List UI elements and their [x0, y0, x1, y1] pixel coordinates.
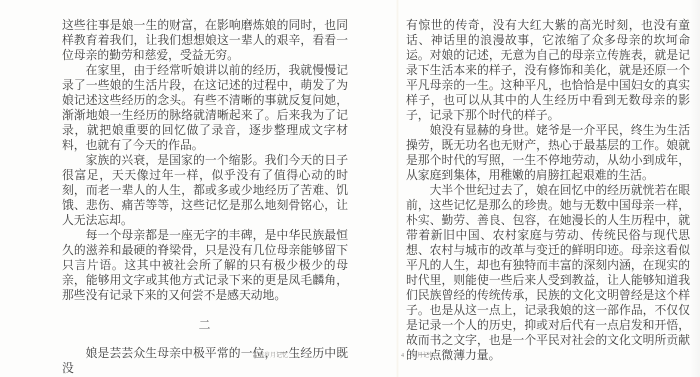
running-footer-left: 苦难岁月记忆3: [252, 352, 298, 360]
footer-title: 岁月记忆: [411, 353, 435, 359]
page-left-body: 这些往事是娘一生的财富，在影响磨炼娘的同时，也同样教育着我们，让我们想想娘这一辈…: [62, 18, 348, 376]
paragraph: 娘是芸芸众生母亲中极平常的一位，一生经历中既没: [62, 346, 348, 376]
paragraph: 家族的兴衰，是国家的一个缩影。我们今天的日子很富足，天天像过年一样，似乎没有了值…: [62, 153, 348, 228]
book-spread: 这些往事是娘一生的财富，在影响磨炼娘的同时，也同样教育着我们，让我们想想娘这一辈…: [0, 0, 700, 377]
paragraph: 娘没有显赫的身世。姥爷是一介平民，终生为生活操劳，既无功名也无财产，热心于最基层…: [406, 123, 690, 183]
paragraph: 每一个母亲都是一座无字的丰碑，是中华民族最恒久的滋养和最硬的脊梁骨，只是没有几位…: [62, 228, 348, 303]
paragraph: 这些往事是娘一生的财富，在影响磨炼娘的同时，也同样教育着我们，让我们想想娘这一辈…: [62, 18, 348, 63]
page-right-body: 有惊世的传奇，没有大红大紫的高光时刻，也没有童话、神话里的浪漫故事，它浓缩了众多…: [406, 18, 690, 363]
paragraph: 有惊世的传奇，没有大红大紫的高光时刻，也没有童话、神话里的浪漫故事，它浓缩了众多…: [406, 18, 690, 123]
page-number: 3: [295, 353, 298, 359]
page-right: 有惊世的传奇，没有大红大紫的高光时刻，也没有童话、神话里的浪漫故事，它浓缩了众多…: [406, 0, 690, 377]
running-footer-right: 4岁月记忆: [401, 352, 435, 360]
section-heading-two: 二: [62, 318, 348, 333]
page-gutter-shade: [396, 0, 399, 377]
page-edge-shade: [690, 0, 700, 377]
paragraph: 大半个世纪过去了，娘在回忆中的经历就恍若在眼前，这些记忆是那么的珍贵。她与无数中…: [406, 183, 690, 363]
page-number: 4: [401, 353, 404, 359]
page-left: 这些往事是娘一生的财富，在影响磨炼娘的同时，也同样教育着我们，让我们想想娘这一辈…: [62, 0, 348, 377]
paragraph: 在家里，由于经常听娘讲以前的经历，我就慢慢记录了一些娘的生活片段，在这记述的过程…: [62, 63, 348, 153]
footer-title: 苦难岁月记忆: [252, 353, 288, 359]
